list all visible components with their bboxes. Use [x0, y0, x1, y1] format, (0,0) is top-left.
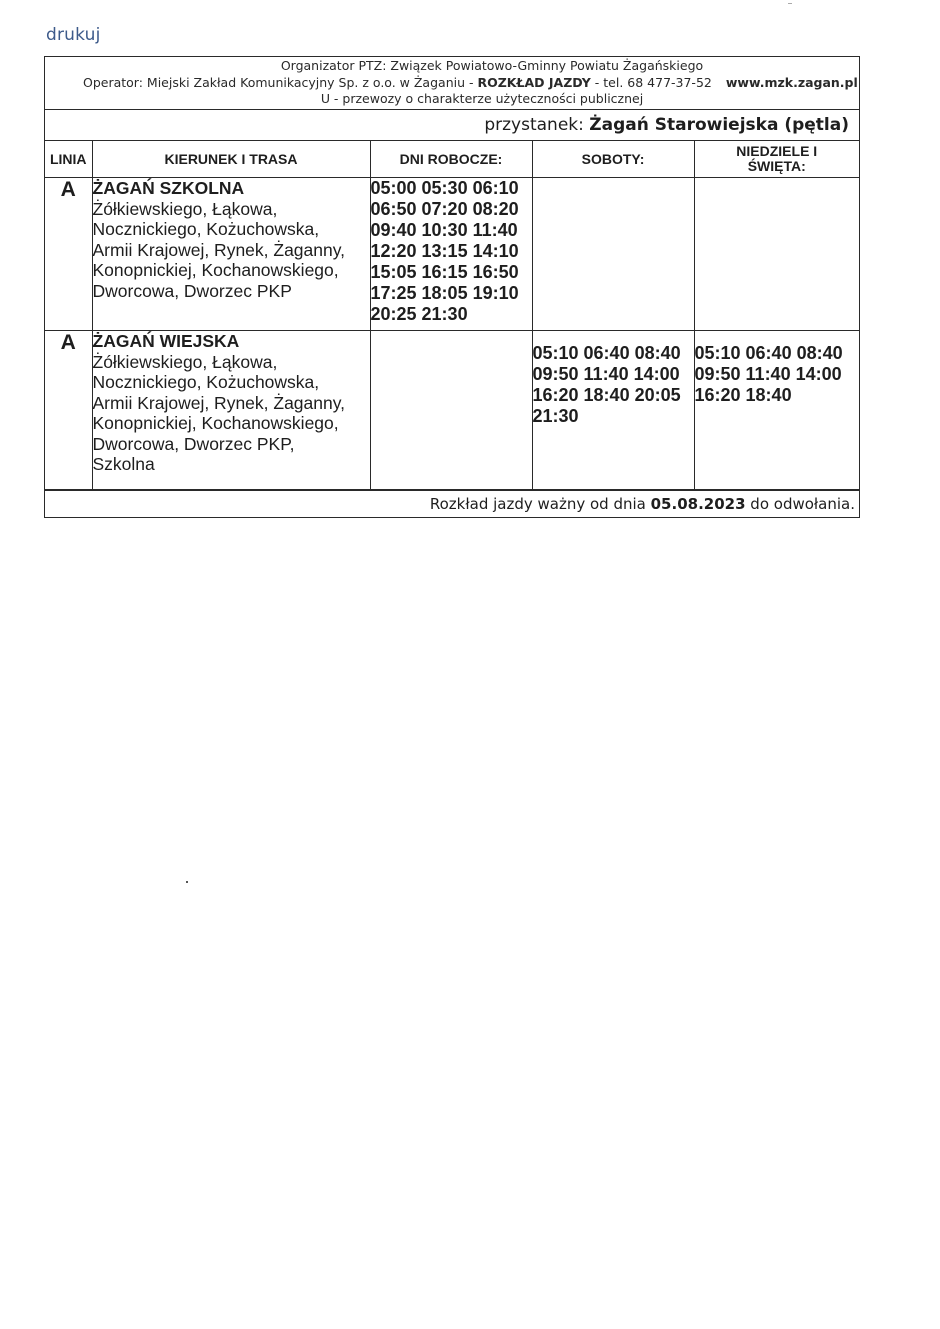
sunday-holiday-times — [694, 178, 859, 331]
column-header-saturdays: SOBOTY: — [532, 141, 694, 178]
operator-line: Operator: Miejski Zakład Komunikacyjny S… — [83, 75, 858, 90]
timetable: LINIA KIERUNEK I TRASA DNI ROBOCZE: SOBO… — [45, 141, 859, 490]
validity-suffix: do odwołania. — [746, 495, 855, 513]
operator-prefix: Operator: Miejski Zakład Komunikacyjny S… — [83, 75, 477, 90]
table-row: A ŻAGAŃ WIEJSKA Żółkiewskiego, Łąkowa, N… — [45, 331, 859, 490]
scan-speck — [788, 3, 792, 4]
route-stops: Żółkiewskiego, Łąkowa, Nocznickiego, Koż… — [93, 199, 370, 302]
website-link[interactable]: www.mzk.zagan.pl — [726, 75, 858, 90]
column-header-line: LINIA — [45, 141, 92, 178]
sunday-holiday-times: 05:10 06:40 08:40 09:50 11:40 14:00 16:2… — [694, 331, 859, 490]
route-cell: ŻAGAŃ WIEJSKA Żółkiewskiego, Łąkowa, Noc… — [92, 331, 370, 490]
table-header-row: LINIA KIERUNEK I TRASA DNI ROBOCZE: SOBO… — [45, 141, 859, 178]
validity-note: Rozkład jazdy ważny od dnia 05.08.2023 d… — [430, 495, 855, 513]
stop-label: przystanek: — [484, 115, 589, 135]
direction-name: ŻAGAŃ SZKOLNA — [93, 178, 370, 199]
stop-row: przystanek: Żagań Starowiejska (pętla) — [45, 110, 859, 141]
operator-title: ROZKŁAD JAZDY — [477, 75, 590, 90]
saturday-times — [532, 178, 694, 331]
scan-speck — [186, 881, 188, 883]
operator-phone: - tel. 68 477-37-52 — [591, 75, 712, 90]
line-number: A — [45, 331, 92, 490]
direction-name: ŻAGAŃ WIEJSKA — [93, 331, 370, 352]
line-number: A — [45, 178, 92, 331]
column-header-weekdays: DNI ROBOCZE: — [370, 141, 532, 178]
column-header-sundays-holidays: NIEDZIELE I ŚWIĘTA: — [694, 141, 859, 178]
weekday-times — [370, 331, 532, 490]
organizer-line: Organizator PTZ: Związek Powiatowo-Gminn… — [45, 58, 859, 73]
stop-name: Żagań Starowiejska (pętla) — [589, 115, 849, 135]
table-row: A ŻAGAŃ SZKOLNA Żółkiewskiego, Łąkowa, N… — [45, 178, 859, 331]
timetable-header: Organizator PTZ: Związek Powiatowo-Gminn… — [45, 57, 859, 110]
validity-date: 05.08.2023 — [651, 495, 746, 513]
route-stops: Żółkiewskiego, Łąkowa, Nocznickiego, Koż… — [93, 352, 370, 475]
route-cell: ŻAGAŃ SZKOLNA Żółkiewskiego, Łąkowa, Noc… — [92, 178, 370, 331]
validity-row: Rozkład jazdy ważny od dnia 05.08.2023 d… — [45, 490, 859, 517]
saturday-times: 05:10 06:40 08:40 09:50 11:40 14:00 16:2… — [532, 331, 694, 490]
validity-prefix: Rozkład jazdy ważny od dnia — [430, 495, 651, 513]
public-service-note: U - przewozy o charakterze użyteczności … — [45, 91, 859, 106]
stop-title: przystanek: Żagań Starowiejska (pętla) — [484, 115, 849, 135]
timetable-sheet: Organizator PTZ: Związek Powiatowo-Gminn… — [44, 56, 860, 518]
weekday-times: 05:00 05:30 06:10 06:50 07:20 08:20 09:4… — [370, 178, 532, 331]
column-header-route: KIERUNEK I TRASA — [92, 141, 370, 178]
print-link[interactable]: drukuj — [46, 25, 101, 45]
